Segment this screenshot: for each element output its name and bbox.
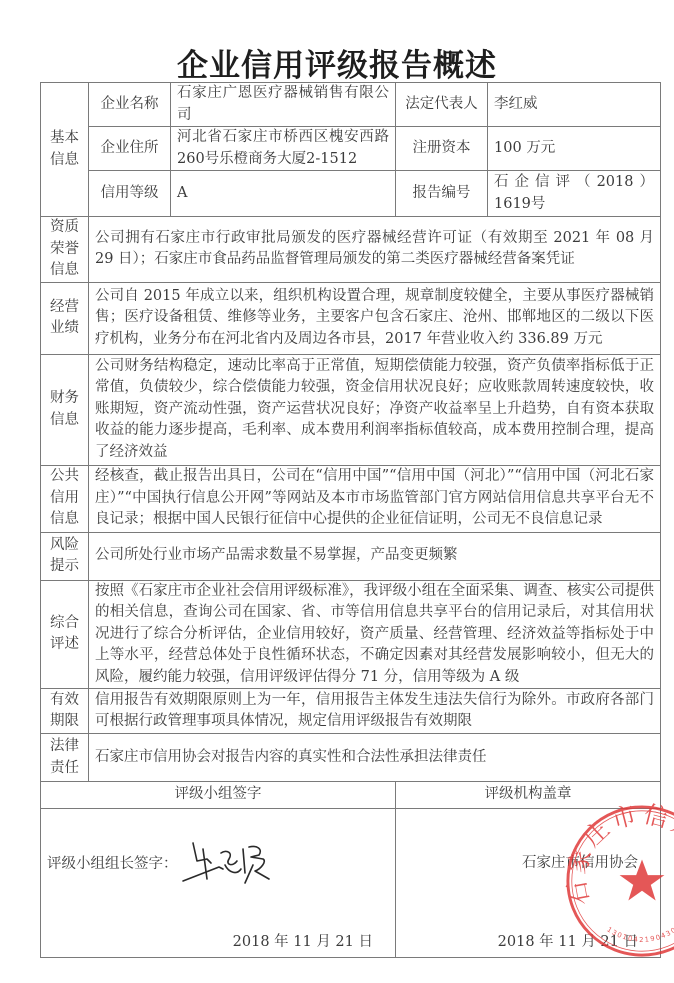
company-address-label: 企业住所 <box>89 127 171 171</box>
credit-rating-value: A <box>171 171 396 217</box>
section-label-qualifications: 资质荣誉信息 <box>41 217 89 283</box>
section-row-risk: 风险提示 公司所处行业市场产品需求数量不易掌握，产品变更频繁 <box>41 532 661 580</box>
section-text-performance: 公司自 2015 年成立以来，组织机构设置合理，规章制度较健全，主要从事医疗器械… <box>89 282 661 354</box>
category-label-line: 基本 <box>50 130 79 146</box>
section-label-risk: 风险提示 <box>41 532 89 580</box>
signature-body-row: 评级小组组长签字： 2018 年 11 月 21 日 石家庄市信用协会 <box>41 809 661 958</box>
handwritten-signature-icon <box>181 839 291 894</box>
basic-info-row-rating: 信用等级 A 报告编号 石企信评（2018）1619号 <box>41 171 661 217</box>
section-text-risk: 公司所处行业市场产品需求数量不易掌握，产品变更频繁 <box>89 532 661 580</box>
team-signature-cell: 评级小组组长签字： 2018 年 11 月 21 日 <box>41 809 396 958</box>
section-row-finance: 财务信息 公司财务结构稳定，速动比率高于正常值，短期偿债能力较强，资产负债率指标… <box>41 354 661 465</box>
credit-report-table: 基本 信息 企业名称 石家庄广恩医疗器械销售有限公司 法定代表人 李红威 企业住… <box>40 82 661 958</box>
section-label-performance: 经营业绩 <box>41 282 89 354</box>
team-signature-date: 2018 年 11 月 21 日 <box>233 932 373 954</box>
section-row-legal: 法律责任 石家庄市信用协会对报告内容的真实性和合法性承担法律责任 <box>41 734 661 782</box>
org-seal-cell: 石家庄市信用协会 石家庄市信用协会 1301042190430 2018 年 1… <box>396 809 661 958</box>
svg-text:1301042190430: 1301042190430 <box>605 925 674 943</box>
registered-capital-label: 注册资本 <box>396 127 488 171</box>
section-row-summary: 综合评述 按照《石家庄市企业社会信用评级标准》，我评级小组在全面采集、调查、核实… <box>41 580 661 689</box>
section-text-finance: 公司财务结构稳定，速动比率高于正常值，短期偿债能力较强，资产负债率指标低于正常值… <box>89 354 661 465</box>
team-signature-header: 评级小组签字 <box>41 782 396 809</box>
legal-rep-value: 李红威 <box>488 83 661 127</box>
basic-info-category: 基本 信息 <box>41 83 89 217</box>
legal-rep-label: 法定代表人 <box>396 83 488 127</box>
basic-info-row-name: 基本 信息 企业名称 石家庄广恩医疗器械销售有限公司 法定代表人 李红威 <box>41 83 661 127</box>
company-name-value: 石家庄广恩医疗器械销售有限公司 <box>171 83 396 127</box>
section-row-public-credit: 公共信用信息 经核查，截止报告出具日，公司在“信用中国”“信用中国（河北）”“信… <box>41 465 661 532</box>
report-number-label: 报告编号 <box>396 171 488 217</box>
section-row-qualifications: 资质荣誉信息 公司拥有石家庄市行政审批局颁发的医疗器械经营许可证（有效期至 20… <box>41 217 661 283</box>
section-text-validity: 信用报告有效期限原则上为一年，信用报告主体发生违法失信行为除外。市政府各部门可根… <box>89 689 661 734</box>
section-label-legal: 法律责任 <box>41 734 89 782</box>
section-label-public-credit: 公共信用信息 <box>41 465 89 532</box>
section-label-summary: 综合评述 <box>41 580 89 689</box>
section-label-finance: 财务信息 <box>41 354 89 465</box>
section-text-legal: 石家庄市信用协会对报告内容的真实性和合法性承担法律责任 <box>89 734 661 782</box>
document-title: 企业信用评级报告概述 <box>0 40 674 85</box>
section-row-performance: 经营业绩 公司自 2015 年成立以来，组织机构设置合理，规章制度较健全，主要从… <box>41 282 661 354</box>
basic-info-row-address: 企业住所 河北省石家庄市桥西区槐安西路260号乐橙商务大厦2-1512 注册资本… <box>41 127 661 171</box>
team-leader-signature-label: 评级小组组长签字： <box>47 854 178 876</box>
section-text-qualifications: 公司拥有石家庄市行政审批局颁发的医疗器械经营许可证（有效期至 2021 年 08… <box>89 217 661 283</box>
credit-rating-label: 信用等级 <box>89 171 171 217</box>
company-address-value: 河北省石家庄市桥西区槐安西路260号乐橙商务大厦2-1512 <box>171 127 396 171</box>
section-text-public-credit: 经核查，截止报告出具日，公司在“信用中国”“信用中国（河北）”“信用中国（河北石… <box>89 465 661 532</box>
report-number-value: 石企信评（2018）1619号 <box>488 171 661 217</box>
section-row-validity: 有效期限 信用报告有效期限原则上为一年，信用报告主体发生违法失信行为除外。市政府… <box>41 689 661 734</box>
svg-text:石家庄市信用协会: 石家庄市信用协会 <box>564 803 674 908</box>
section-text-summary: 按照《石家庄市企业社会信用评级标准》，我评级小组在全面采集、调查、核实公司提供的… <box>89 580 661 689</box>
company-name-label: 企业名称 <box>89 83 171 127</box>
official-seal-icon: 石家庄市信用协会 1301042190430 <box>564 803 674 959</box>
section-label-validity: 有效期限 <box>41 689 89 734</box>
category-label-line: 信息 <box>50 152 79 168</box>
registered-capital-value: 100 万元 <box>488 127 661 171</box>
